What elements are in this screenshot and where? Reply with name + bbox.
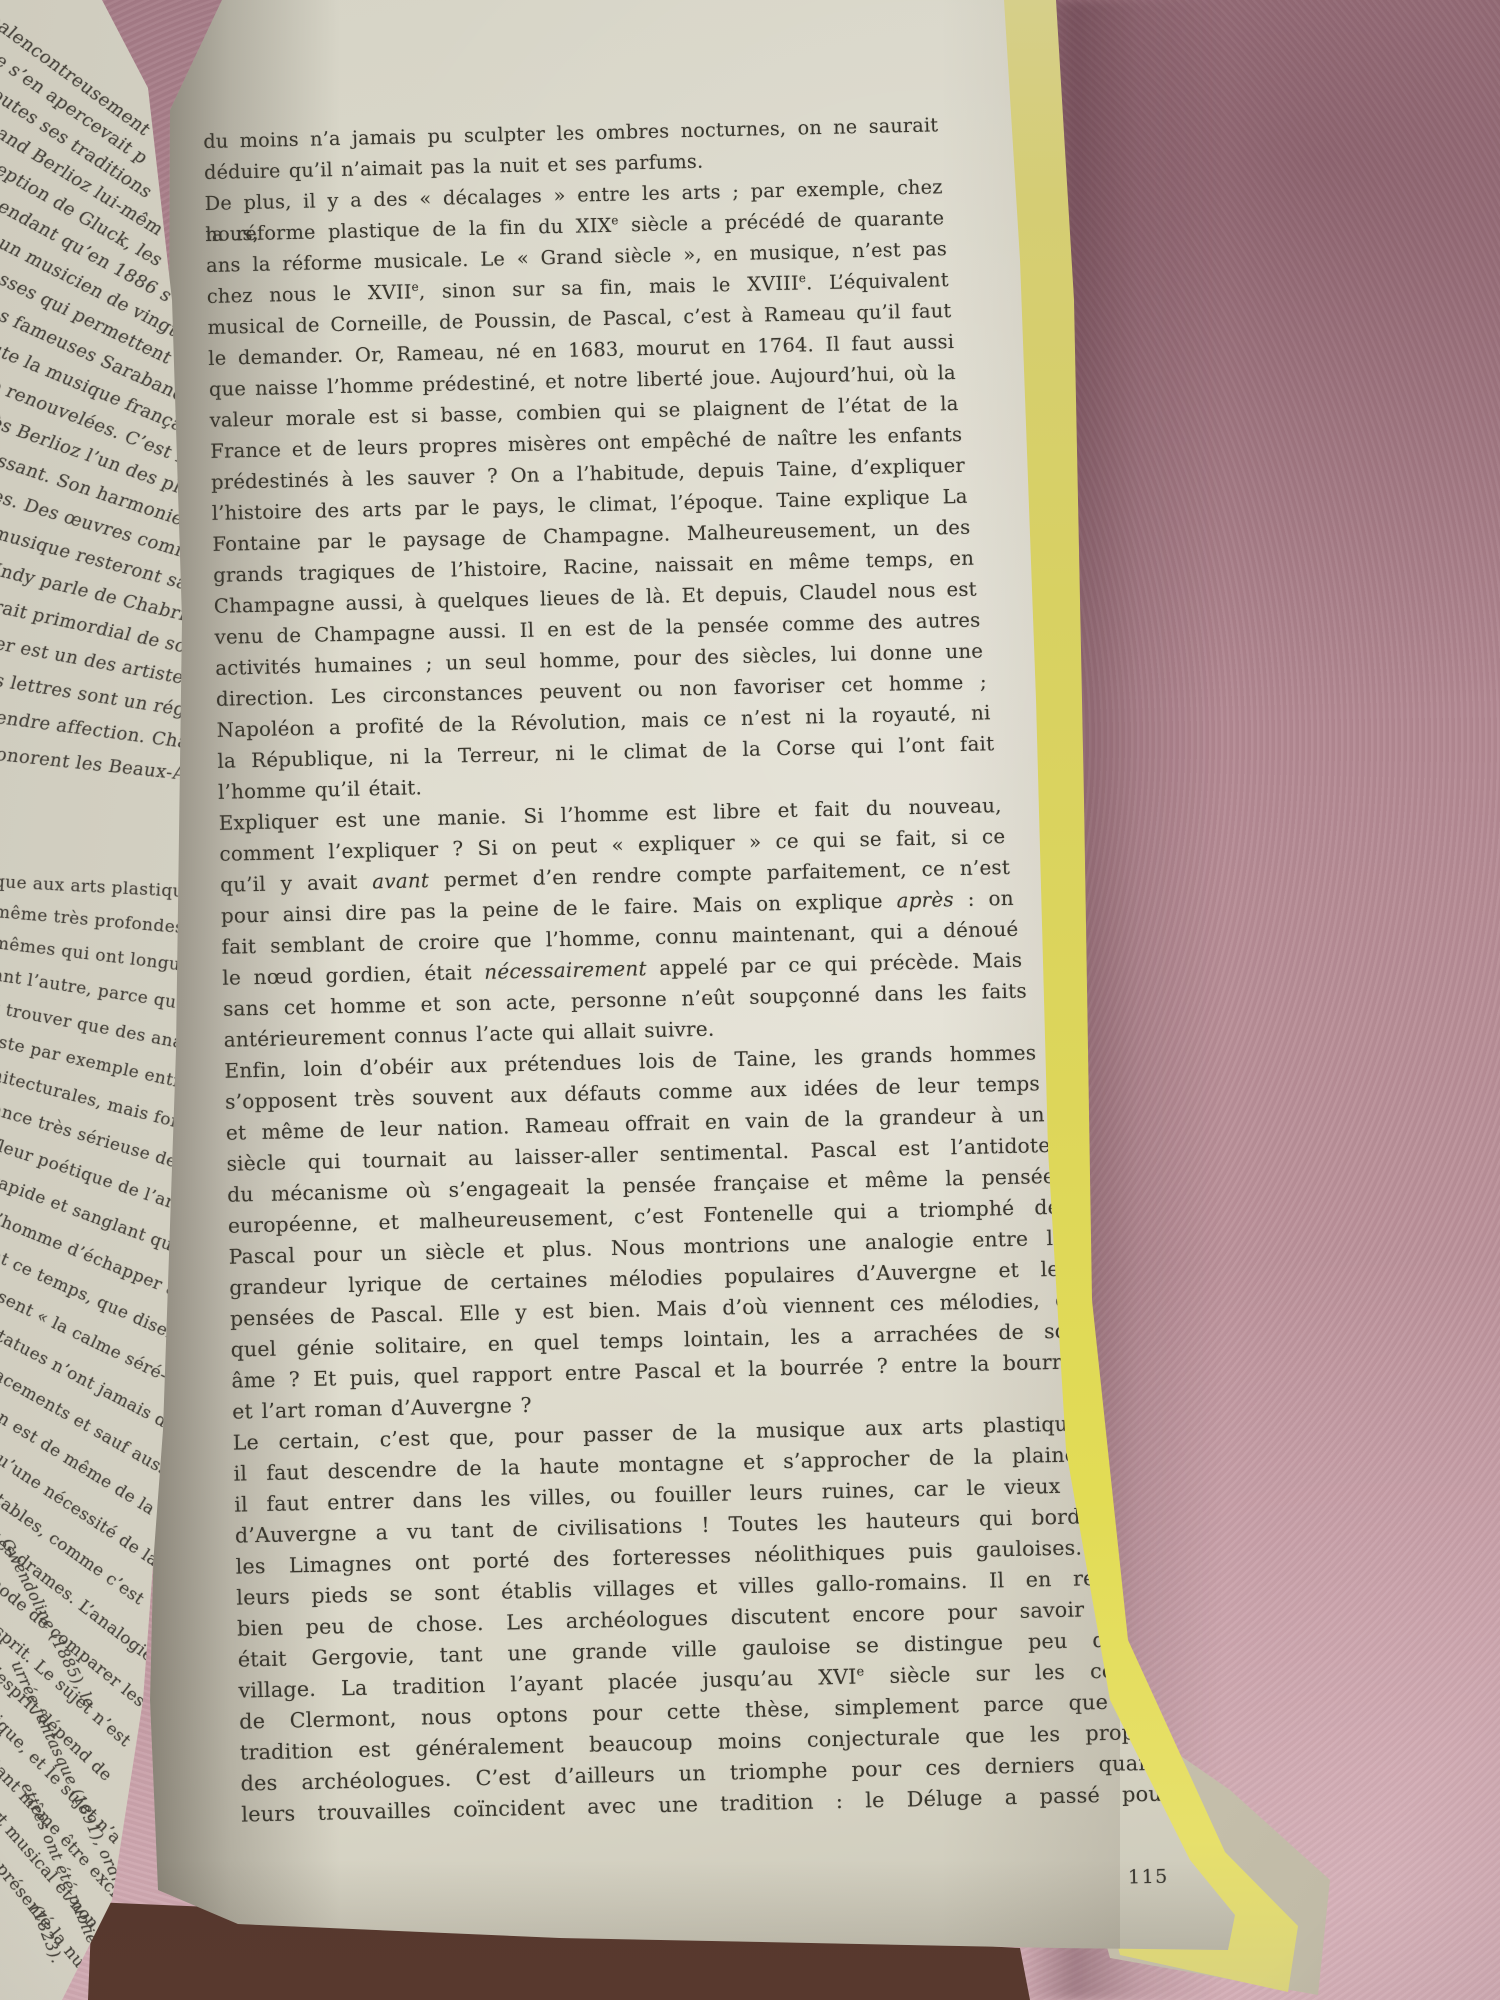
left-page-text-fragment: même très profondes. (0, 902, 191, 939)
page-number: 115 (1128, 1866, 1169, 1889)
book-photo-scene: du moins n’a jamais pu sculpter les ombr… (0, 0, 1500, 2000)
